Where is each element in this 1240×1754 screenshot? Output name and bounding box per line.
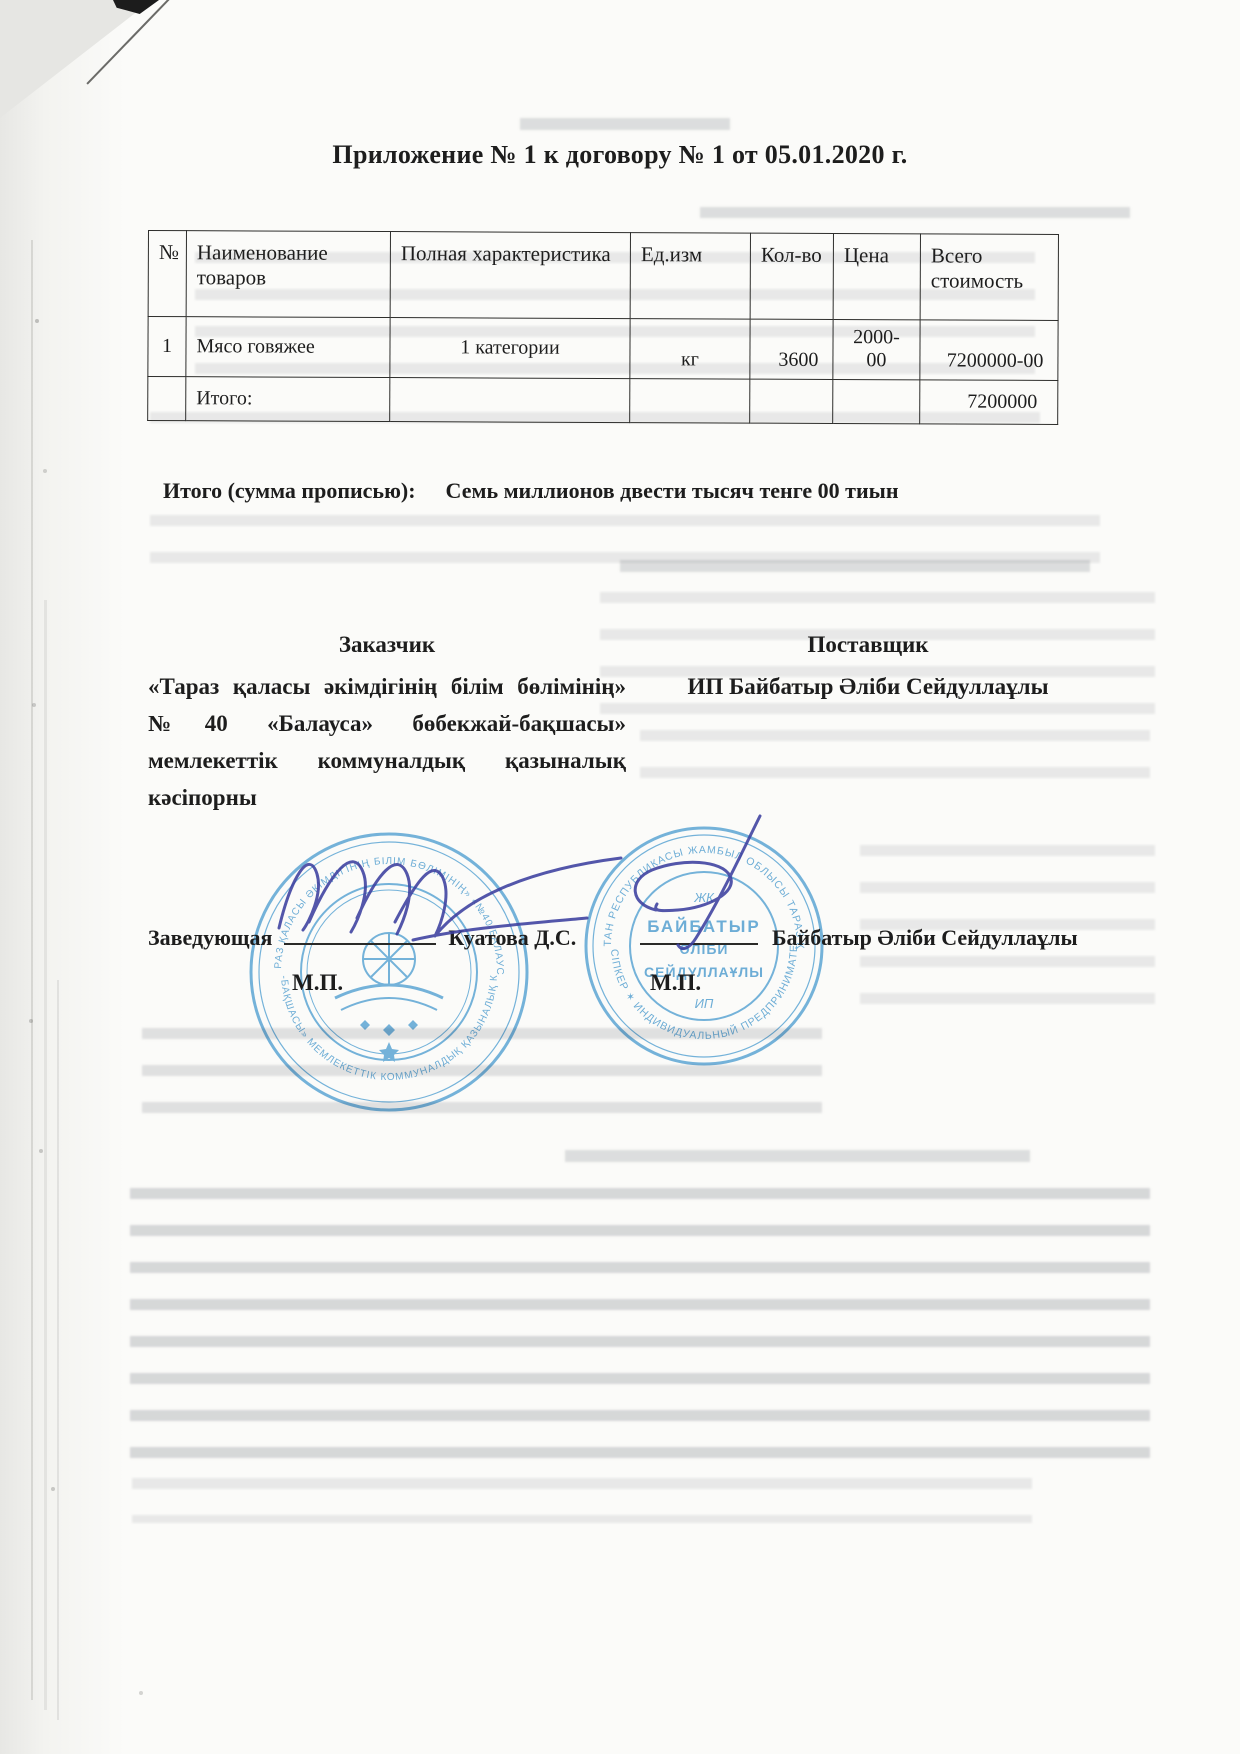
cell-price: 2000-00 [833,319,920,379]
party-role-customer: Заказчик [148,626,626,663]
customer-signature [265,830,635,950]
scan-specks [0,0,2,2]
sum-in-words: Итого (сумма прописью):Семь миллионов дв… [163,478,899,504]
bleedthrough-lines [565,1150,1030,1162]
supplier-signature [612,808,802,968]
header-unit: Ед.изм [630,233,750,320]
customer-section: Заказчик «Тараз қаласы әкімдігінің білім… [148,626,626,816]
scan-streak [31,240,33,1700]
header-num: № [148,231,186,317]
bleedthrough-lines [700,207,1130,218]
sum-label: Итого (сумма прописью): [163,478,416,503]
header-spec: Полная характеристика [390,232,630,319]
cell-qty: 3600 [750,319,833,379]
bleedthrough-lines [620,560,1090,572]
signatory-name-supplier: Байбатыр Әліби Сейдуллаұлы [772,925,1078,950]
total-value: 7200000 [920,380,1058,425]
bleedthrough-lines [132,1478,1032,1523]
bleedthrough-lines [150,515,1100,565]
scan-edge-shadow [0,0,130,1754]
cell-spec: 1 категории [390,318,630,379]
table-total-row: Итого: 7200000 [148,377,1058,425]
cell-empty [750,379,833,423]
sum-value: Семь миллионов двести тысяч тенге 00 тиы… [446,478,899,503]
party-name-supplier: ИП Байбатыр Әліби Сейдуллаұлы [687,674,1048,699]
party-role-supplier: Поставщик [618,626,1118,663]
stamp-center-text: ИП [695,996,714,1011]
page-title: Приложение № 1 к договору № 1 от 05.01.2… [0,140,1240,170]
scan-streak [57,980,59,1720]
party-name-customer: «Тараз қаласы әкімдігінің білім бөліміні… [148,668,626,816]
cell-empty [390,378,630,423]
signatory-title: Заведующая [148,925,272,950]
bleedthrough-lines [130,1188,1150,1468]
cell-name: Мясо говяжее [186,317,390,378]
cell-total: 7200000-00 [920,320,1058,381]
seal-label-customer: М.П. [292,970,343,996]
cell-empty [833,379,920,423]
seal-label-supplier: М.П. [650,970,701,996]
header-total: Всего стоимость [920,234,1058,321]
cell-num: 1 [148,317,186,377]
header-name: Наименование товаров [186,231,390,318]
total-label: Итого: [186,377,390,422]
header-price: Цена [833,233,920,319]
bleedthrough-lines [640,730,1150,800]
supplier-section: Поставщик ИП Байбатыр Әліби Сейдуллаұлы [618,626,1118,705]
table-header-row: № Наименование товаров Полная характерис… [148,231,1058,321]
header-qty: Кол-во [750,233,833,319]
cell-empty [148,377,186,421]
scanned-page: Приложение № 1 к договору № 1 от 05.01.2… [0,0,1240,1754]
stamp-emblem [335,933,443,1062]
table-row: 1 Мясо говяжее 1 категории кг 3600 2000-… [148,317,1058,381]
goods-table: № Наименование товаров Полная характерис… [147,230,1059,425]
cell-unit: кг [630,319,750,380]
cell-empty [630,379,750,424]
bleedthrough-lines [520,118,730,130]
scan-streak [44,600,47,1710]
